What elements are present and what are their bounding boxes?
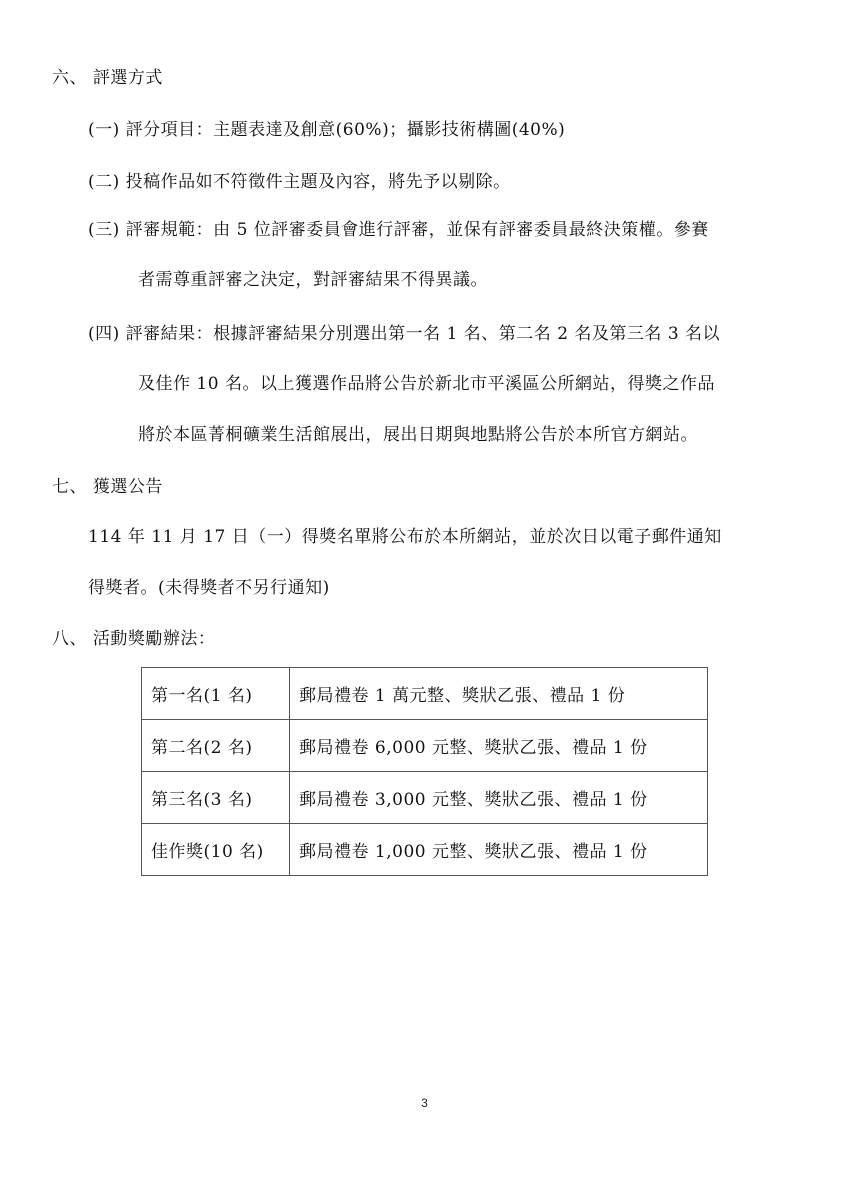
item-text: 投稿作品如不符徵件主題及內容，將先予以剔除。 — [126, 172, 511, 192]
section-6-item-4-continuation-1: 及佳作 10 名。以上獲選作品將公告於新北市平溪區公所網站，得獎之作品 — [138, 372, 715, 396]
section-6-heading: 六、 評選方式 — [52, 66, 163, 90]
item-label: (一) — [88, 120, 120, 140]
rank-cell: 第三名(3 名) — [142, 772, 290, 824]
awards-table: 第一名(1 名) 郵局禮卷 1 萬元整、獎狀乙張、禮品 1 份 第二名(2 名)… — [141, 667, 708, 876]
item-text: 評審規範：由 5 位評審委員會進行評審，並保有評審委員最終決策權。參賽 — [126, 220, 709, 240]
prize-cell: 郵局禮卷 1,000 元整、獎狀乙張、禮品 1 份 — [290, 824, 708, 876]
section-6-item-3: (三) 評審規範：由 5 位評審委員會進行評審，並保有評審委員最終決策權。參賽 — [88, 218, 709, 242]
section-6-item-4: (四) 評審結果：根據評審結果分別選出第一名 1 名、第二名 2 名及第三名 3… — [88, 322, 720, 346]
section-8-heading: 八、 活動獎勵辦法： — [52, 627, 215, 651]
section-7-paragraph-line-1: 114 年 11 月 17 日（一）得獎名單將公布於本所網站，並於次日以電子郵件… — [88, 525, 722, 549]
table-row: 第二名(2 名) 郵局禮卷 6,000 元整、獎狀乙張、禮品 1 份 — [142, 720, 708, 772]
rank-cell: 佳作獎(10 名) — [142, 824, 290, 876]
item-text: 評分項目：主題表達及創意(60%)；攝影技術構圖(40%) — [126, 120, 566, 140]
prize-cell: 郵局禮卷 1 萬元整、獎狀乙張、禮品 1 份 — [290, 668, 708, 720]
page-number: 3 — [0, 1096, 849, 1110]
prize-cell: 郵局禮卷 3,000 元整、獎狀乙張、禮品 1 份 — [290, 772, 708, 824]
table-row: 第三名(3 名) 郵局禮卷 3,000 元整、獎狀乙張、禮品 1 份 — [142, 772, 708, 824]
section-6-item-3-continuation: 者需尊重評審之決定，對評審結果不得異議。 — [138, 268, 488, 292]
item-label: (二) — [88, 172, 120, 192]
table-row: 佳作獎(10 名) 郵局禮卷 1,000 元整、獎狀乙張、禮品 1 份 — [142, 824, 708, 876]
section-6-item-2: (二) 投稿作品如不符徵件主題及內容，將先予以剔除。 — [88, 170, 511, 194]
rank-cell: 第二名(2 名) — [142, 720, 290, 772]
item-text: 評審結果：根據評審結果分別選出第一名 1 名、第二名 2 名及第三名 3 名以 — [126, 324, 720, 344]
section-7-paragraph-line-2: 得獎者。(未得獎者不另行通知) — [88, 576, 330, 600]
item-label: (四) — [88, 324, 120, 344]
rank-cell: 第一名(1 名) — [142, 668, 290, 720]
item-label: (三) — [88, 220, 120, 240]
prize-cell: 郵局禮卷 6,000 元整、獎狀乙張、禮品 1 份 — [290, 720, 708, 772]
section-6-item-1: (一) 評分項目：主題表達及創意(60%)；攝影技術構圖(40%) — [88, 118, 565, 142]
section-7-heading: 七、 獲選公告 — [52, 475, 163, 499]
table-row: 第一名(1 名) 郵局禮卷 1 萬元整、獎狀乙張、禮品 1 份 — [142, 668, 708, 720]
section-6-item-4-continuation-2: 將於本區菁桐礦業生活館展出，展出日期與地點將公告於本所官方網站。 — [138, 423, 698, 447]
